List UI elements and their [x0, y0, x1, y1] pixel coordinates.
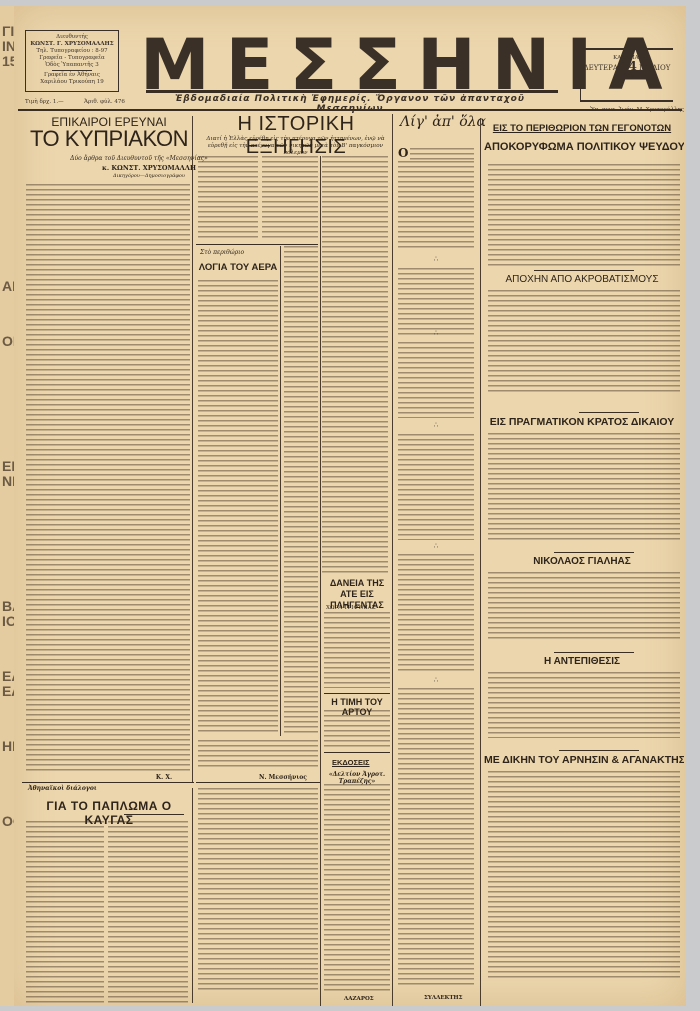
separator-dots: ∴ [398, 255, 474, 263]
misc-body-3 [398, 342, 474, 418]
publications-body [324, 784, 390, 994]
director-box: Διευθυντής ΚΩΝΣΤ. Γ. ΧΡΥΣΟΜΑΛΛΗΣ Τηλ. Τυ… [25, 30, 119, 92]
misc-body-6 [398, 688, 474, 988]
section-heading-2: ΕΙΣ ΠΡΑΓΜΑΤΙΚΟΝ ΚΡΑΤΟΣ ΔΙΚΑΙΟΥ [486, 416, 678, 428]
right-body-2 [488, 290, 680, 394]
loans-body [324, 612, 390, 688]
athens-street: Χαριλάου Τρικούπη 19 [26, 79, 118, 86]
history-body-1 [198, 156, 258, 241]
tagline: Ἑβδομαδιαία Πολιτικὴ Ἐφημερίς. Ὄργανον τ… [140, 94, 560, 114]
right-body-4 [488, 572, 680, 642]
date-box: ΚΑΛΑΜΑΙ ΔΕΥΤΕΡΑ 14 ΙΟΥΛΙΟΥ 1958 [580, 48, 673, 102]
phone: Τηλ. Τυπογραφείου : 8-97 [26, 48, 118, 55]
director-label: Διευθυντής [26, 34, 118, 41]
cyprus-title: ΤΟ ΚΥΠΡΙΑΚΟΝ [14, 126, 204, 152]
column-title: ΛΟΓΙΑ ΤΟΥ ΑΕΡΑ [198, 262, 278, 273]
column-signature: Ν. Μεσσήνιος [259, 774, 307, 781]
right-body-1 [488, 164, 680, 268]
misc-body-5 [398, 554, 474, 674]
issue-number: Ἀριθ. φύλ. 476 [84, 99, 125, 105]
dropcap: Ο [398, 146, 408, 160]
right-body-6 [488, 771, 680, 981]
street: Ὁδὸς Ὑπαπαντῆς 3 [26, 62, 118, 69]
misc-body-1 [398, 161, 474, 251]
publications-kicker: ΕΚΔΟΣΕΙΣ [332, 758, 370, 767]
dialogue-body-1 [26, 821, 104, 1006]
column-body-1 [198, 280, 278, 732]
section-heading-1: ΑΠΟΧΗΝ ΑΠΟ ΑΚΡΟΒΑΤΙΣΜΟΥΣ [486, 274, 678, 285]
column-body-end [198, 740, 318, 770]
misc-body-2 [398, 268, 474, 336]
history-body-3 [322, 156, 388, 576]
section-heading-5: ΜΕ ΔΙΚΗΝ ΤΟΥ ΑΡΝΗΣΙΝ & ΑΓΑΝΑΚΤΗΣΙΝ [484, 754, 684, 766]
dialogue-kicker: Ἀθηναϊκοὶ διάλογοι [28, 785, 97, 792]
section-heading-4: Η ΑΝΤΕΠΙΘΕΣΙΣ [486, 656, 678, 667]
history-body-2 [262, 156, 318, 241]
right-body-5 [488, 672, 680, 738]
publications-title: «Δελτίον Ἀγροτ. Τραπέζης» [322, 771, 392, 785]
price: Τιμὴ δρχ. 1.— [25, 99, 64, 105]
office: Γραφεῖα - Τυπογραφεῖα [26, 55, 118, 62]
right-kicker: ΕΙΣ ΤΟ ΠΕΡΙΘΩΡΙΟΝ ΤΩΝ ΓΕΓΟΝΟΤΩΝ [486, 123, 678, 134]
newspaper-page: Διευθυντής ΚΩΝΣΤ. Γ. ΧΡΥΣΟΜΑΛΛΗΣ Τηλ. Τυ… [14, 6, 686, 1006]
dialogue-body-2 [108, 821, 188, 1006]
misc-body-4 [398, 434, 474, 540]
history-signature: ΛΑΖΑΡΟΣ [344, 996, 374, 1002]
director-name: ΚΩΝΣΤ. Γ. ΧΡΥΣΟΜΑΛΛΗΣ [26, 41, 118, 48]
cyprus-body [26, 184, 190, 774]
cyprus-signature: Κ. Χ. [144, 774, 184, 781]
loans-lead: ΧΩΡΑ ΤΡΙΦΥΛΙΑΣ [326, 605, 376, 611]
bread-body [324, 710, 390, 748]
section-heading-3: ΝΙΚΟΛΑΟΣ ΓΙΑΛΗΑΣ [486, 556, 678, 567]
year: 1958 [581, 72, 673, 80]
history-body-4 [198, 788, 318, 993]
history-subtitle: Διατί ἡ Ἑλλὰς εὑρέθη εἰς τὴν πτέρυγα τῶν… [198, 136, 393, 157]
athens-office: Γραφεῖα ἐν Ἀθήναις [26, 72, 118, 79]
column-body-2 [284, 246, 318, 736]
date: ΔΕΥΤΕΡΑ 14 ΙΟΥΛΙΟΥ [581, 62, 673, 72]
column-kicker: Στὸ περιθώριο [200, 249, 244, 256]
right-body-3 [488, 433, 680, 541]
misc-title: Λίγ' ἀπ' ὅλα [400, 114, 486, 130]
right-title: ΑΠΟΚΟΡΥΦΩΜΑ ΠΟΛΙΤΙΚΟΥ ΨΕΥΔΟΥΣ [484, 141, 684, 153]
misc-signature: ΣΥΛΛΕΚΤΗΣ [424, 995, 463, 1001]
